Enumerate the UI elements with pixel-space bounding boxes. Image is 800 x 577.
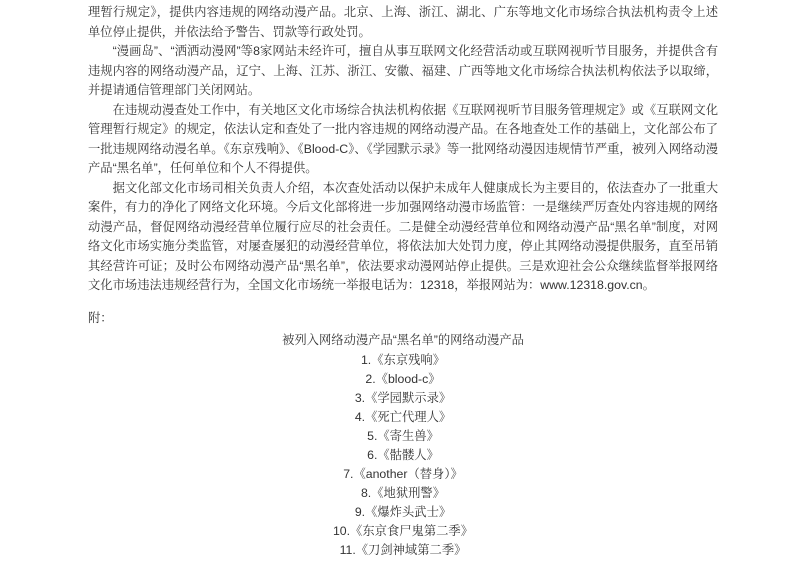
blacklist-title: 被列入网络动漫产品“黑名单”的网络动漫产品	[88, 331, 718, 351]
blacklist-item-8: 8.《地狱刑警》	[88, 484, 718, 503]
blacklist-item-4: 4.《死亡代理人》	[88, 408, 718, 427]
paragraph-1: 理暂行规定》，提供内容违规的网络动漫产品。北京、上海、浙江、湖北、广东等地文化市…	[88, 3, 718, 42]
blacklist-item-3: 3.《学园默示录》	[88, 389, 718, 408]
blacklist-item-9: 9.《爆炸头武士》	[88, 503, 718, 522]
document-page: 理暂行规定》，提供内容违规的网络动漫产品。北京、上海、浙江、湖北、广东等地文化市…	[0, 0, 800, 560]
paragraph-3: 在违规动漫查处工作中，有关地区文化市场综合执法机构依据《互联网视听节目服务管理规…	[88, 101, 718, 179]
paragraph-4: 据文化部文化市场司相关负责人介绍，本次查处活动以保护未成年人健康成长为主要目的，…	[88, 179, 718, 296]
paragraph-2: “漫画岛”、“洒洒动漫网”等8家网站未经许可，擅自从事互联网文化经营活动或互联网…	[88, 42, 718, 101]
blacklist-item-5: 5.《寄生兽》	[88, 427, 718, 446]
blacklist: 1.《东京残响》2.《blood-c》3.《学园默示录》4.《死亡代理人》5.《…	[88, 351, 718, 560]
blacklist-item-11: 11.《刀剑神域第二季》	[88, 541, 718, 560]
blacklist-item-1: 1.《东京残响》	[88, 351, 718, 370]
article-body: 理暂行规定》，提供内容违规的网络动漫产品。北京、上海、浙江、湖北、广东等地文化市…	[88, 3, 718, 296]
blacklist-item-6: 6.《骷髅人》	[88, 446, 718, 465]
blacklist-item-10: 10.《东京食尸鬼第二季》	[88, 522, 718, 541]
blacklist-item-7: 7.《another（替身）》	[88, 465, 718, 484]
attachment-label: 附：	[88, 309, 718, 329]
blacklist-item-2: 2.《blood-c》	[88, 370, 718, 389]
